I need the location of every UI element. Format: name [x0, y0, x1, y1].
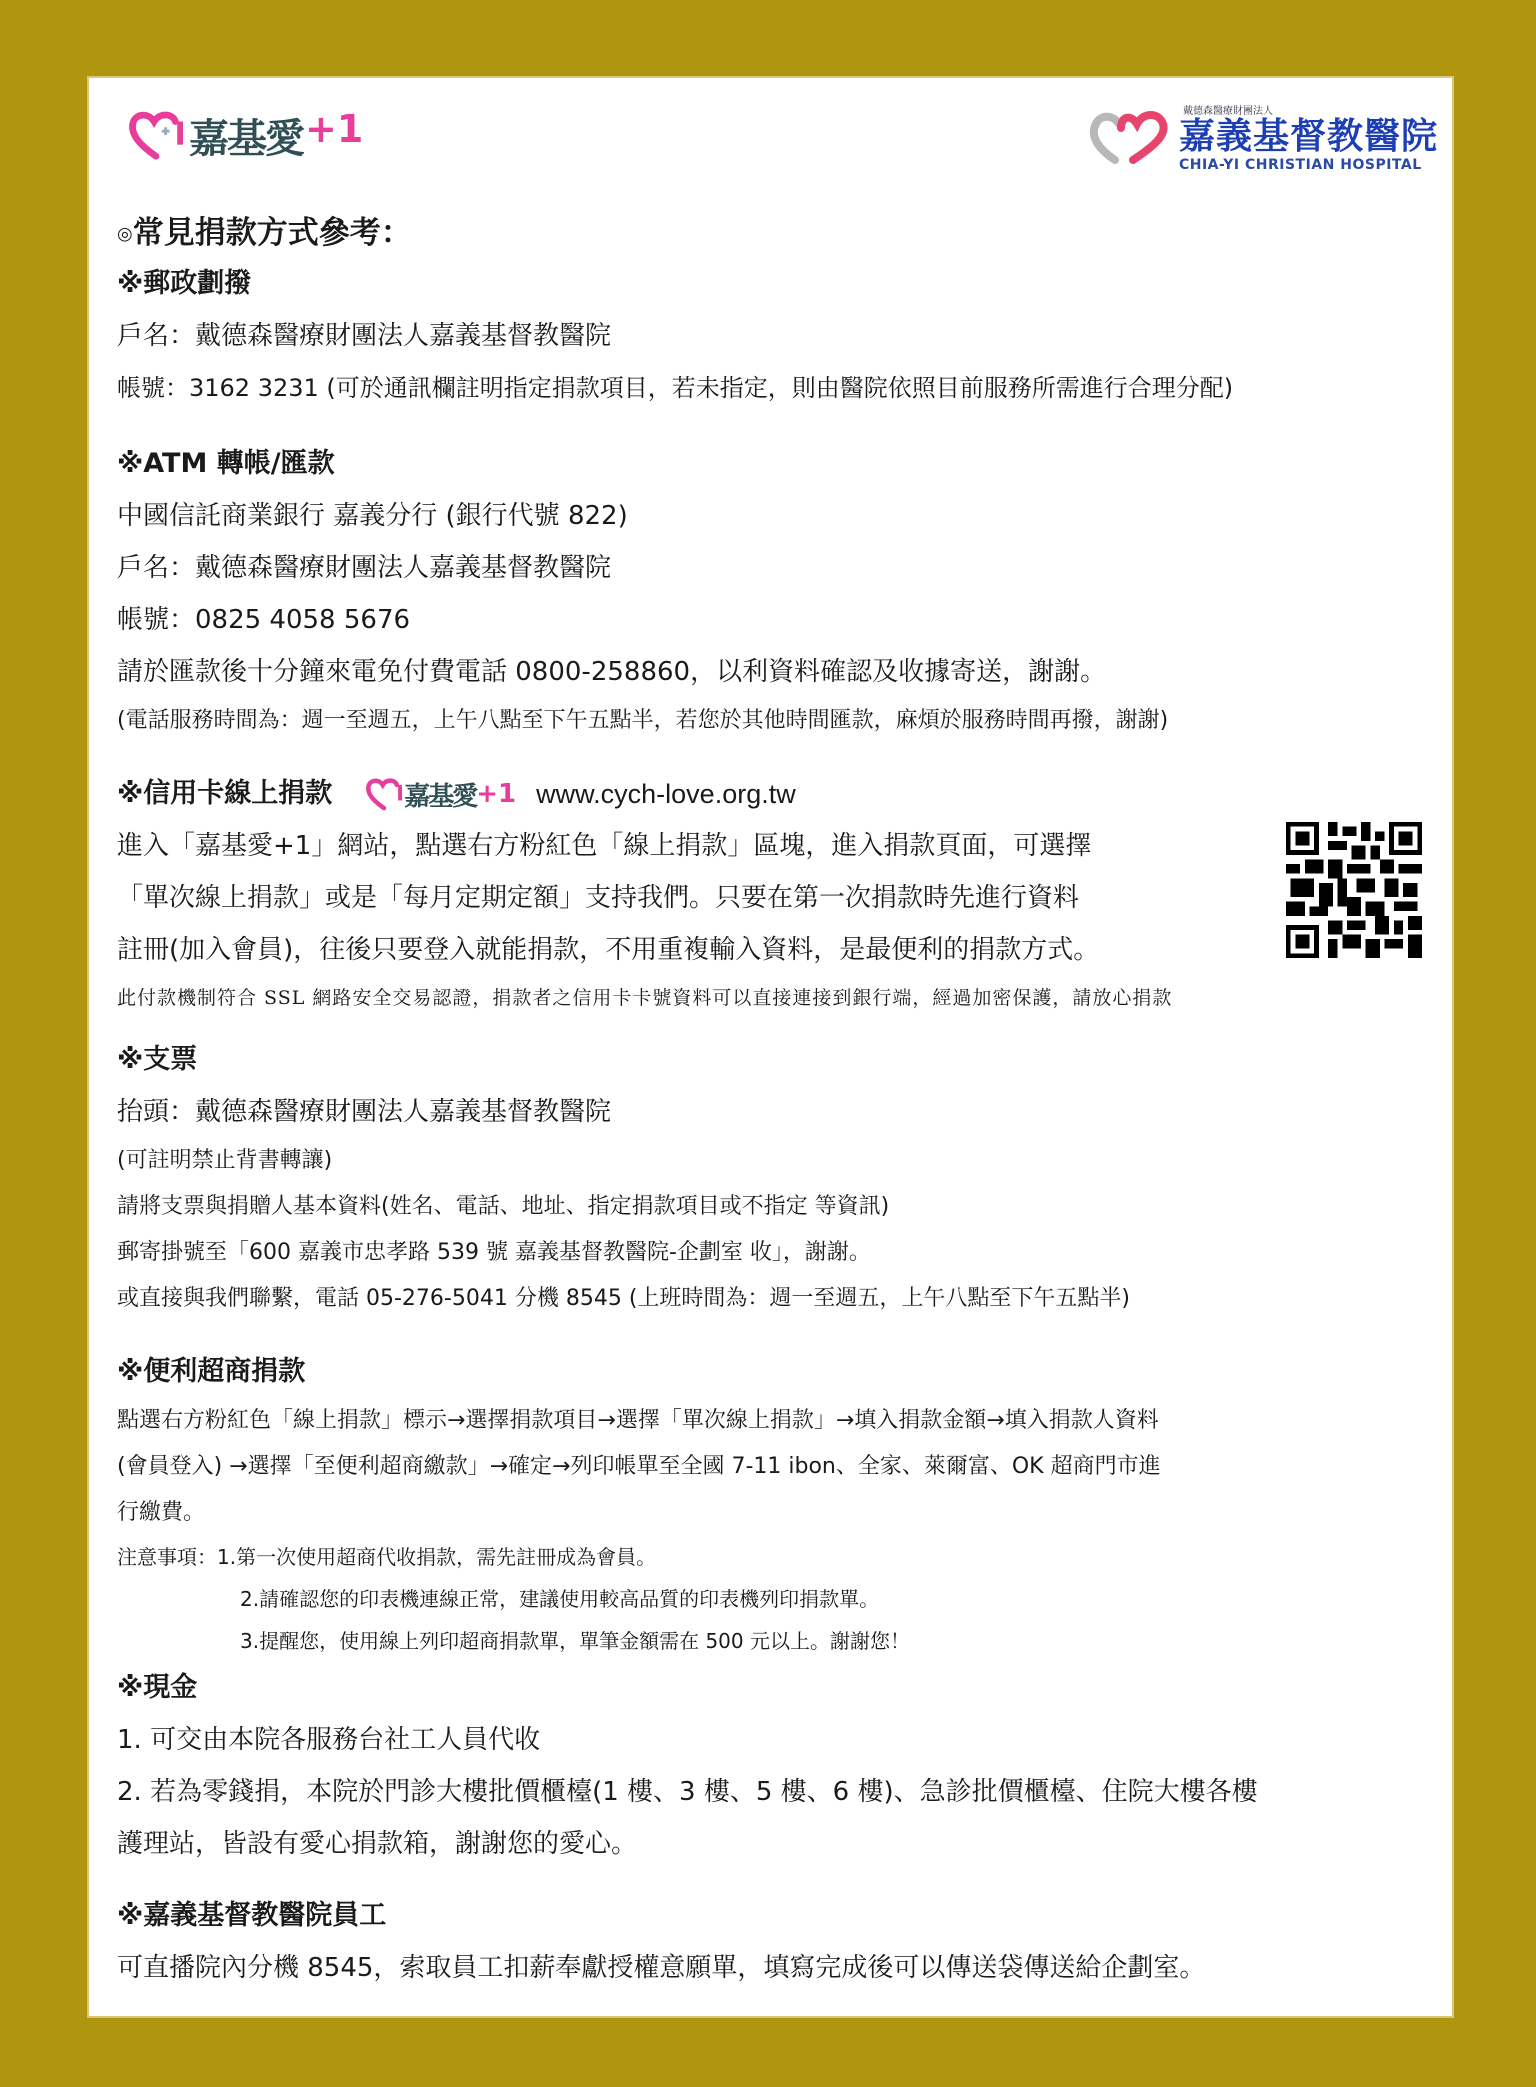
- note-2: 2.請確認您的印表機連線正常，建議使用較高品質的印表機列印捐款單。: [117, 1578, 1428, 1620]
- section-cash: ※現金 1. 可交由本院各服務台社工人員代收 2. 若為零錢捐，本院於門診大樓批…: [117, 1662, 1428, 1870]
- instruction-line: 註冊(加入會員)，往後只要登入就能捐款，不用重複輸入資料，是最便利的捐款方式。: [117, 924, 1428, 976]
- note-3: 3.提醒您，使用線上列印超商捐款單，單筆金額需在 500 元以上。謝謝您！: [117, 1620, 1428, 1662]
- hospital-name: 嘉義基督教醫院: [1179, 117, 1438, 157]
- section-heading: ※嘉義基督教醫院員工: [117, 1890, 1428, 1942]
- hospital-english-name: CHIA-YI CHRISTIAN HOSPITAL: [1179, 157, 1438, 173]
- phone-note: 請於匯款後十分鐘來電免付費電話 0800-258860，以利資料確認及收據寄送，…: [117, 646, 1428, 698]
- hospital-foundation-name: 戴德森醫療財團法人: [1183, 102, 1438, 117]
- cheque-note: (可註明禁止背書轉讓): [117, 1138, 1428, 1184]
- section-heading: ※現金: [117, 1662, 1428, 1714]
- instruction-line: 「單次線上捐款」或是「每月定期定額」支持我們。只要在第一次捐款時先進行資料: [117, 872, 1428, 924]
- cych-love-logo: 嘉基愛 +1: [127, 100, 363, 170]
- qr-code-icon[interactable]: [1286, 822, 1422, 958]
- website-link[interactable]: www.cych-love.org.tw: [536, 779, 796, 810]
- bullseye-icon: ◎: [117, 224, 133, 245]
- section-staff: ※嘉義基督教醫院員工 可直播院內分機 8545，索取員工扣薪奉獻授權意願單，填寫…: [117, 1890, 1428, 1994]
- bank-name: 中國信託商業銀行 嘉義分行 (銀行代號 822): [117, 490, 1428, 542]
- steps-line: (會員登入) →選擇「至便利超商繳款」→確定→列印帳單至全國 7-11 ibon…: [117, 1444, 1428, 1490]
- cheque-info: 請將支票與捐贈人基本資料(姓名、電話、地址、指定捐款項目或不指定 等資訊): [117, 1184, 1428, 1230]
- cych-love-logo-small: 嘉基愛 +1: [364, 776, 516, 813]
- instruction-line: 進入「嘉基愛+1」網站，點選右方粉紅色「線上捐款」區塊，進入捐款頁面，可選擇: [117, 820, 1428, 872]
- service-hours: (電話服務時間為：週一至週五，上午八點至下午五點半，若您於其他時間匯款，麻煩於服…: [117, 698, 1428, 744]
- header: 嘉基愛 +1 戴德森醫療財團法人 嘉義基督教醫院 CHIA-YI CHRISTI…: [89, 78, 1452, 208]
- section-atm: ※ATM 轉帳/匯款 中國信託商業銀行 嘉義分行 (銀行代號 822) 戶名：戴…: [117, 438, 1428, 744]
- logo-text: 嘉基愛: [189, 107, 303, 164]
- note-1: 注意事項：1.第一次使用超商代收捐款，需先註冊成為會員。: [117, 1536, 1428, 1578]
- contact-phone: 或直接與我們聯繫，電話 05-276-5041 分機 8545 (上班時間為：週…: [117, 1276, 1428, 1322]
- page-title: ◎常見捐款方式參考：: [117, 208, 1428, 258]
- section-heading: ※郵政劃撥: [117, 258, 1428, 310]
- account-number: 帳號：3162 3231 (可於通訊欄註明指定捐款項目，若未指定，則由醫院依照目…: [117, 362, 1428, 414]
- section-cheque: ※支票 抬頭：戴德森醫療財團法人嘉義基督教醫院 (可註明禁止背書轉讓) 請將支票…: [117, 1034, 1428, 1322]
- section-heading: ※ATM 轉帳/匯款: [117, 438, 1428, 490]
- mailing-address: 郵寄掛號至「600 嘉義市忠孝路 539 號 嘉義基督教醫院-企劃室 收」，謝謝…: [117, 1230, 1428, 1276]
- account-name: 戶名：戴德森醫療財團法人嘉義基督教醫院: [117, 542, 1428, 594]
- section-heading: ※支票: [117, 1034, 1428, 1086]
- section-credit-card: ※信用卡線上捐款 嘉基愛 +1 www.cych-love.org.tw 進入「…: [117, 768, 1428, 1020]
- account-number: 帳號：0825 4058 5676: [117, 594, 1428, 646]
- ssl-note: 此付款機制符合 SSL 網路安全交易認證，捐款者之信用卡卡號資料可以直接連接到銀…: [117, 976, 1428, 1020]
- cash-item: 護理站，皆設有愛心捐款箱，謝謝您的愛心。: [117, 1818, 1428, 1870]
- payee-line: 抬頭：戴德森醫療財團法人嘉義基督教醫院: [117, 1086, 1428, 1138]
- logo-plus: +1: [305, 107, 363, 151]
- section-postal: ※郵政劃撥 戶名：戴德森醫療財團法人嘉義基督教醫院 帳號：3162 3231 (…: [117, 258, 1428, 414]
- heart-plus-icon: [364, 776, 404, 812]
- account-name: 戶名：戴德森醫療財團法人嘉義基督教醫院: [117, 310, 1428, 362]
- content: ◎常見捐款方式參考： ※郵政劃撥 戶名：戴德森醫療財團法人嘉義基督教醫院 帳號：…: [117, 208, 1428, 1994]
- hospital-heart-icon: [1087, 106, 1173, 168]
- staff-line: 可直播院內分機 8545，索取員工扣薪奉獻授權意願單，填寫完成後可以傳送袋傳送給…: [117, 1942, 1428, 1994]
- section-convenience-store: ※便利超商捐款 點選右方粉紅色「線上捐款」標示→選擇捐款項目→選擇「單次線上捐款…: [117, 1346, 1428, 1662]
- heart-plus-icon: [127, 108, 185, 162]
- cash-item: 1. 可交由本院各服務台社工人員代收: [117, 1714, 1428, 1766]
- section-heading: ※便利超商捐款: [117, 1346, 1428, 1398]
- steps-line: 點選右方粉紅色「線上捐款」標示→選擇捐款項目→選擇「單次線上捐款」→填入捐款金額…: [117, 1398, 1428, 1444]
- document-page: 嘉基愛 +1 戴德森醫療財團法人 嘉義基督教醫院 CHIA-YI CHRISTI…: [89, 78, 1452, 2016]
- section-heading: ※信用卡線上捐款: [117, 768, 332, 820]
- steps-line: 行繳費。: [117, 1490, 1428, 1536]
- cash-item: 2. 若為零錢捐，本院於門診大樓批價櫃檯(1 樓、3 樓、5 樓、6 樓)、急診…: [117, 1766, 1428, 1818]
- hospital-logo: 戴德森醫療財團法人 嘉義基督教醫院 CHIA-YI CHRISTIAN HOSP…: [1087, 102, 1438, 172]
